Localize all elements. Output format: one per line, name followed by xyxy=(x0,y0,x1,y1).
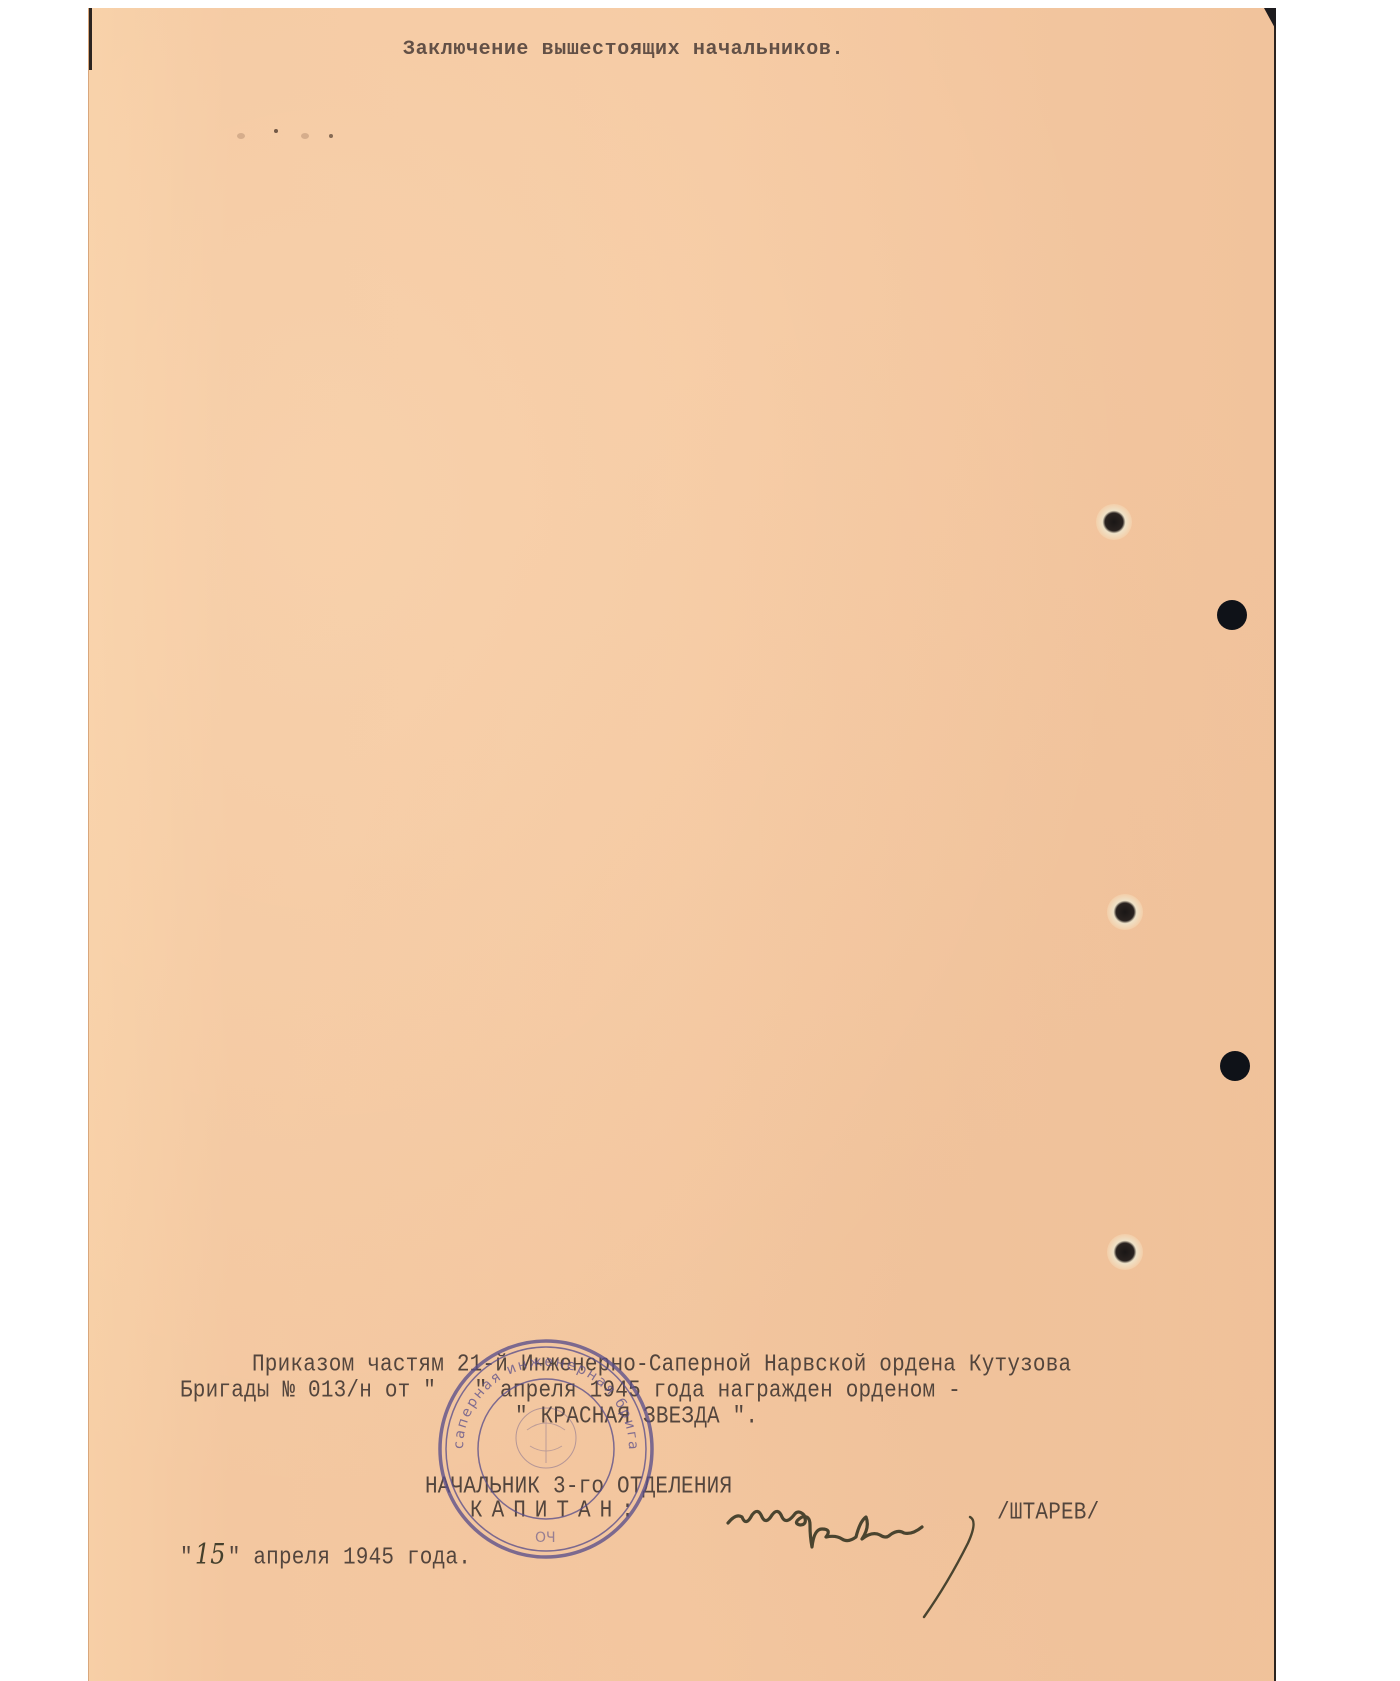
ink-smudge xyxy=(274,129,278,133)
ink-smudge xyxy=(329,134,333,138)
order-text-line-2: Бригады № 013/н от " " апреля 1945 года … xyxy=(180,1378,961,1404)
punch-dot xyxy=(1220,1051,1250,1081)
date-open-quote: " xyxy=(180,1545,193,1571)
punch-dot xyxy=(1217,600,1247,630)
signatory-surname: /ШТАРЕВ/ xyxy=(997,1500,1099,1526)
document-title: Заключение вышестоящих начальников. xyxy=(403,38,844,61)
award-name: " КРАСНАЯ ЗВЕЗДА ". xyxy=(515,1404,758,1430)
page-corner-fold xyxy=(1264,8,1276,30)
ink-smudge xyxy=(301,133,309,139)
binder-hole xyxy=(1107,1234,1143,1270)
order-text-line-1: Приказом частям 21-й Инженерно-Саперной … xyxy=(252,1352,1071,1378)
document-date: "15" апреля 1945 года. xyxy=(180,1538,471,1571)
date-day-handwritten: 15 xyxy=(195,1538,226,1570)
date-rest: апреля 1945 года. xyxy=(241,1545,471,1571)
signatory-position: НАЧАЛЬНИК 3-го ОТДЕЛЕНИЯ xyxy=(425,1474,732,1500)
binder-hole xyxy=(1107,894,1143,930)
binder-hole xyxy=(1096,504,1132,540)
date-close-quote: " xyxy=(228,1545,241,1571)
signatory-rank: КАПИТАН: xyxy=(470,1498,643,1524)
ink-smudge xyxy=(237,133,245,139)
